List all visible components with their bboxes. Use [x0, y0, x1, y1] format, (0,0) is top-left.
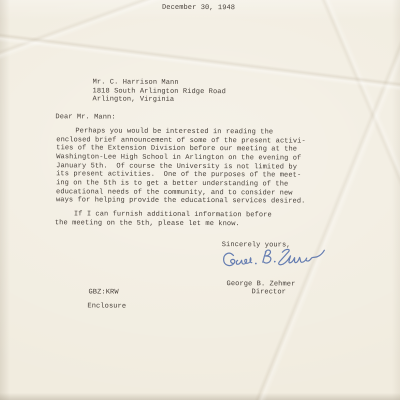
signer-title: Director: [251, 288, 285, 297]
body-paragraph-2: If I can furnish additional information …: [55, 210, 272, 228]
signature-stroke-b: [262, 250, 271, 263]
signature-stroke-zehmer: [278, 248, 325, 265]
handwritten-signature: [220, 243, 337, 276]
salutation: Dear Mr. Mann:: [55, 113, 115, 122]
reference-initials: GBZ:KRW: [88, 288, 118, 297]
signature-dot-1: [255, 263, 257, 265]
signature-dot-2: [274, 261, 276, 263]
enclosure-note: Enclosure: [87, 302, 126, 311]
recipient-name: Mr. C. Harrison Mann: [93, 78, 226, 87]
letter-content: December 30, 1948 Mr. C. Harrison Mann 1…: [0, 0, 400, 400]
body-line: the meeting on the 5th, please let me kn…: [55, 219, 272, 229]
body-line: ways for helping provide the educational…: [56, 196, 305, 206]
recipient-address-block: Mr. C. Harrison Mann 1818 South Arlingto…: [92, 78, 225, 105]
letter-date: December 30, 1948: [162, 4, 235, 13]
letter-page: December 30, 1948 Mr. C. Harrison Mann 1…: [0, 0, 400, 400]
recipient-city: Arlington, Virginia: [92, 96, 225, 105]
body-paragraph-1: Perhaps you would be interested in readi…: [56, 127, 306, 206]
signature-stroke-eo: [236, 258, 252, 265]
signature-stroke-g: [223, 253, 235, 266]
